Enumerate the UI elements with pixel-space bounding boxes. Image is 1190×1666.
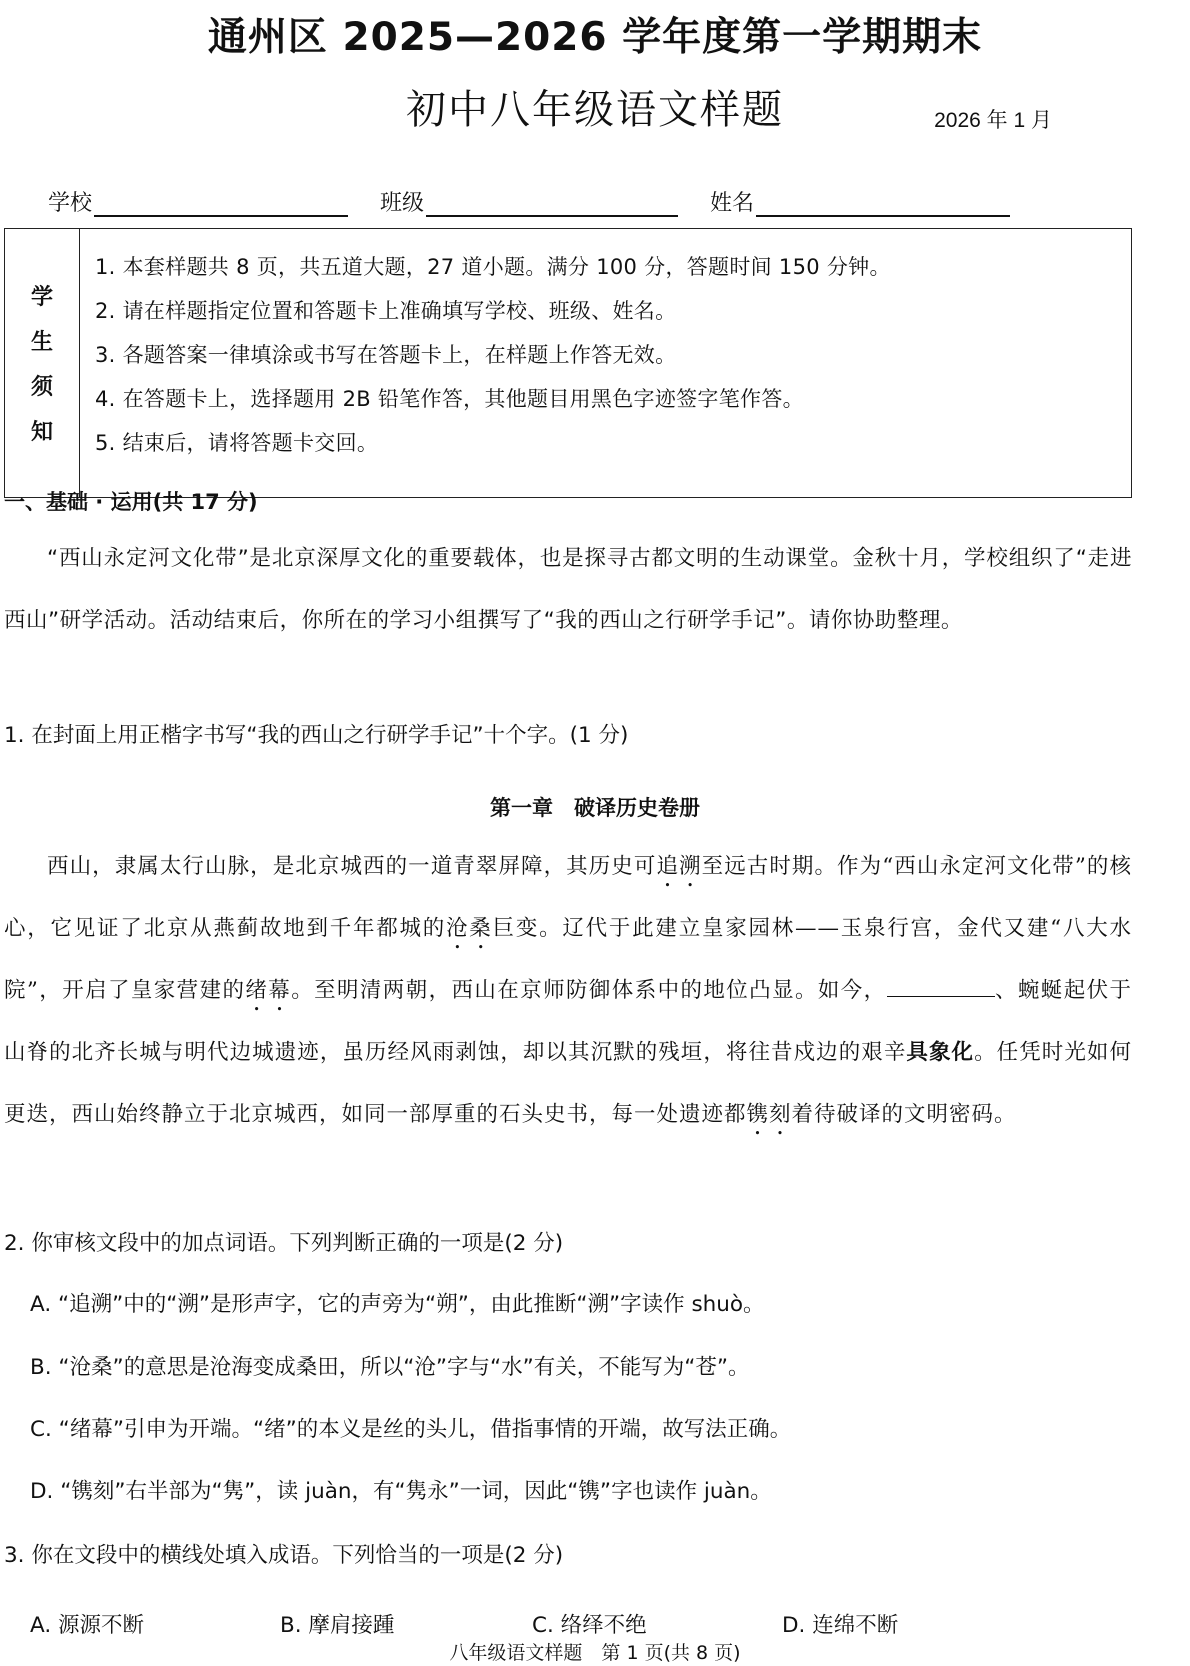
dotted-word: 镌刻 [747, 1102, 792, 1127]
question-1: 1. 在封面上用正楷字书写“我的西山之行研学手记”十个字。(1 分) [4, 718, 628, 749]
school-field[interactable]: 学校 [48, 186, 348, 217]
fill-in-blank[interactable] [887, 976, 995, 997]
dotted-word: 追溯 [656, 854, 701, 879]
notice-label-char: 知 [31, 415, 53, 446]
class-field[interactable]: 班级 [380, 186, 678, 217]
section-heading: 一、基础 · 运用(共 17 分) [4, 486, 258, 516]
question-3-option-c[interactable]: C. 络绎不绝 [532, 1608, 647, 1639]
notice-item: 4. 在答题卡上，选择题用 2B 铅笔作答，其他题目用黑色字迹签字笔作答。 [95, 377, 891, 421]
dotted-word: 绪幕 [245, 978, 291, 1003]
bold-word: 具象化 [906, 1040, 974, 1065]
question-3-stem: 3. 你在文段中的横线处填入成语。下列恰当的一项是(2 分) [4, 1538, 563, 1569]
question-2-stem: 2. 你审核文段中的加点词语。下列判断正确的一项是(2 分) [4, 1226, 563, 1257]
passage-text: 西山，隶属太行山脉，是北京城西的一道青翠屏障，其历史可 [47, 854, 656, 879]
question-2-option-c[interactable]: C. “绪幕”引申为开端。“绪”的本义是丝的头儿，借指事情的开端，故写法正确。 [30, 1412, 791, 1443]
name-label: 姓名 [710, 186, 754, 217]
notice-item: 3. 各题答案一律填涂或书写在答题卡上，在样题上作答无效。 [95, 333, 891, 377]
notice-label-char: 学 [31, 280, 53, 311]
notice-label-char: 生 [31, 325, 53, 356]
class-input-line[interactable] [426, 189, 678, 217]
question-2-option-b[interactable]: B. “沧桑”的意思是沧海变成桑田，所以“沧”字与“水”有关，不能写为“苍”。 [30, 1350, 750, 1381]
exam-date: 2026 年 1 月 [934, 104, 1052, 134]
question-3-option-b[interactable]: B. 摩肩接踵 [280, 1608, 394, 1639]
dotted-word: 沧桑 [446, 916, 493, 941]
passage-text: 着待破译的文明密码。 [792, 1102, 1017, 1127]
student-notice-box: 学 生 须 知 1. 本套样题共 8 页，共五道大题，27 道小题。满分 100… [4, 228, 1132, 498]
question-2-option-a[interactable]: A. “追溯”中的“溯”是形声字，它的声旁为“朔”，由此推断“溯”字读作 shu… [30, 1287, 765, 1318]
passage: 西山，隶属太行山脉，是北京城西的一道青翠屏障，其历史可追溯至远古时期。作为“西山… [4, 836, 1132, 1146]
section-intro: “西山永定河文化带”是北京深厚文化的重要载体，也是探寻古都文明的生动课堂。金秋十… [4, 528, 1132, 652]
page-footer: 八年级语文样题 第 1 页(共 8 页) [0, 1638, 1190, 1665]
passage-text: 。至明清两朝，西山在京师防御体系中的地位凸显。如今， [291, 978, 886, 1003]
notice-list: 1. 本套样题共 8 页，共五道大题，27 道小题。满分 100 分，答题时间 … [95, 245, 891, 465]
school-label: 学校 [48, 186, 92, 217]
class-label: 班级 [380, 186, 424, 217]
notice-item: 5. 结束后，请将答题卡交回。 [95, 421, 891, 465]
notice-item: 1. 本套样题共 8 页，共五道大题，27 道小题。满分 100 分，答题时间 … [95, 245, 891, 289]
exam-title: 通州区 2025—2026 学年度第一学期期末 [0, 6, 1190, 62]
question-3-option-d[interactable]: D. 连绵不断 [782, 1608, 898, 1639]
chapter-title: 第一章 破译历史卷册 [0, 792, 1190, 822]
notice-label: 学 生 须 知 [5, 229, 80, 497]
notice-label-char: 须 [31, 370, 53, 401]
name-input-line[interactable] [756, 189, 1010, 217]
school-input-line[interactable] [94, 189, 348, 217]
notice-item: 2. 请在样题指定位置和答题卡上准确填写学校、班级、姓名。 [95, 289, 891, 333]
question-2-option-d[interactable]: D. “镌刻”右半部为“隽”，读 juàn，有“隽永”一词，因此“镌”字也读作 … [30, 1474, 772, 1505]
name-field[interactable]: 姓名 [710, 186, 1010, 217]
question-3-option-a[interactable]: A. 源源不断 [30, 1608, 144, 1639]
